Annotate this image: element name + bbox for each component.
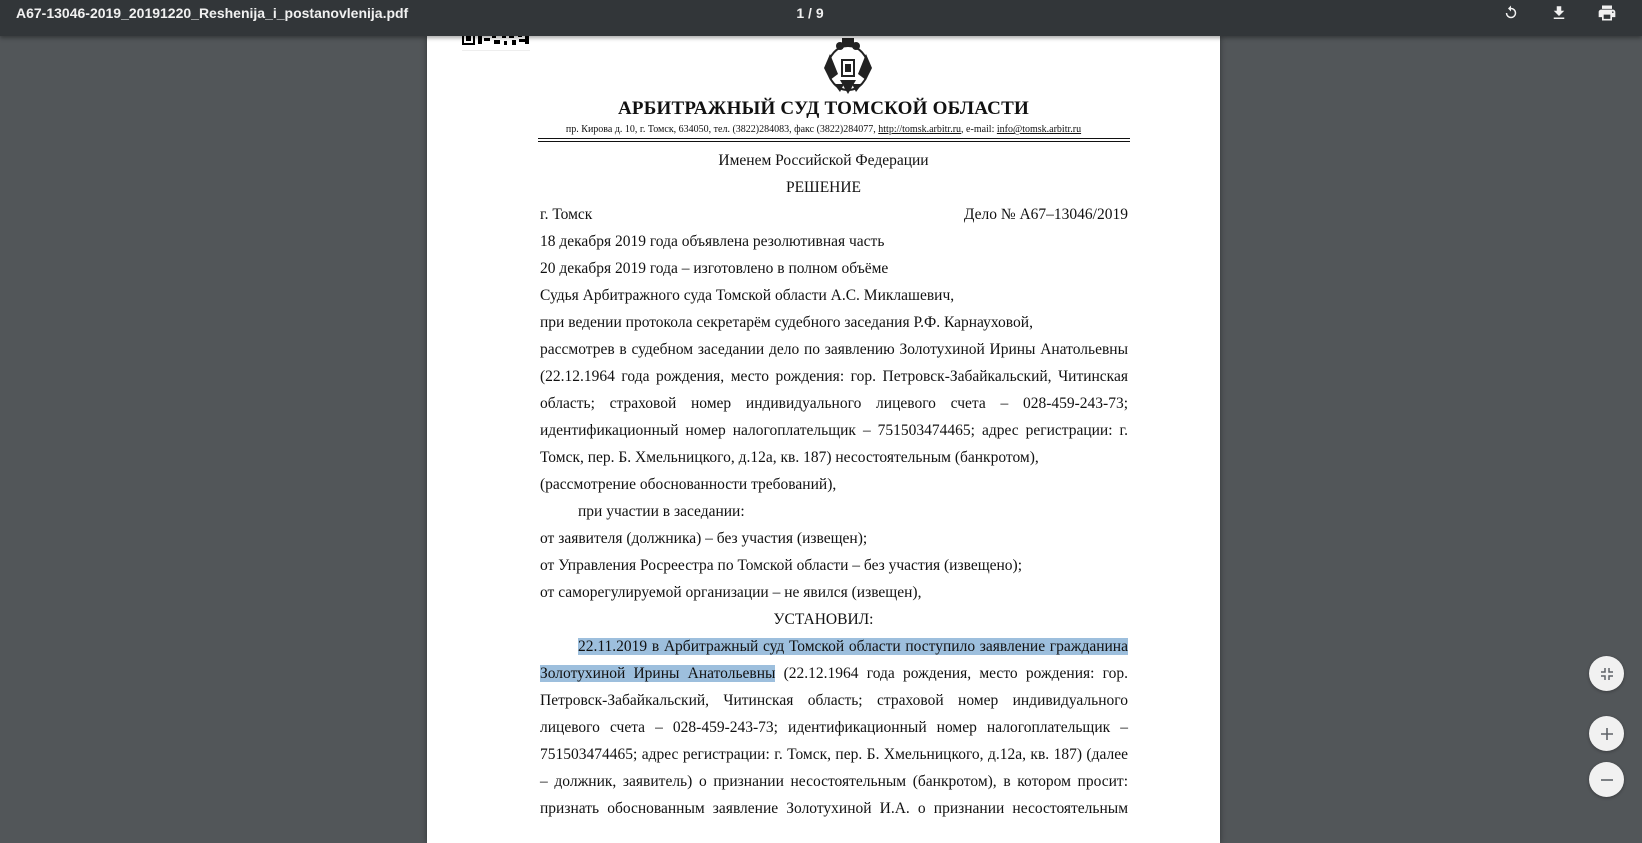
minus-icon [1599,772,1615,788]
paragraph-line: – должник, заявитель) о признании несост… [540,772,1128,792]
city-case-row: г. Томск Дело № А67–13046/2019 [540,205,1128,225]
download-icon [1550,4,1568,22]
selected-text[interactable]: 22.11.2019 [578,638,647,655]
qr-code [462,36,530,51]
text-line: (22.12.1964 года рождения, место рождени… [540,367,1128,387]
email-link[interactable]: info@tomsk.arbitr.ru [997,124,1081,135]
download-button[interactable] [1547,2,1571,24]
paragraph-line: 22.11.2019 в Арбитражный суд Томской обл… [540,637,1128,657]
text-line: Томск, пер. Б. Хмельницкого, д.12а, кв. … [540,448,1128,468]
zoom-out-button[interactable] [1589,762,1624,797]
text-line: от заявителя (должника) – без участия (и… [540,529,1128,549]
email-label: , e-mail: [961,124,997,135]
zoom-in-button[interactable] [1589,716,1624,751]
fit-page-icon [1599,666,1615,682]
fit-to-page-button[interactable] [1589,656,1624,691]
pdf-page[interactable]: АРБИТРАЖНЫЙ СУД ТОМСКОЙ ОБЛАСТИ пр. Киро… [427,36,1220,843]
coat-of-arms-emblem [820,36,876,96]
document-title: A67-13046-2019_20191220_Reshenija_i_post… [16,0,408,26]
website-link[interactable]: http://tomsk.arbitr.ru [878,124,961,135]
rotate-icon [1502,4,1520,22]
text-line: при участии в заседании: [540,502,1128,522]
text-line: идентификационный номер налогоплательщик… [540,421,1128,441]
section-heading-established: УСТАНОВИЛ: [427,610,1220,630]
plus-icon [1599,726,1615,742]
selected-text[interactable]: Золотухиной Ирины Анатольевны [540,665,775,682]
text-line: (рассмотрение обоснованности требований)… [540,475,1128,495]
text-line: при ведении протокола секретарём судебно… [540,313,1128,333]
selected-text[interactable]: в Арбитражный суд Томской области поступ… [647,638,1128,655]
rotate-button[interactable] [1499,2,1523,24]
text-line: область; страховой номер индивидуального… [540,394,1128,414]
heading-decision: РЕШЕНИЕ [427,178,1220,198]
heading-name-of-federation: Именем Российской Федерации [427,151,1220,171]
address-text: пр. Кирова д. 10, г. Томск, 634050, тел.… [566,124,878,135]
text-line: от саморегулируемой организации – не яви… [540,583,1128,603]
print-button[interactable] [1595,2,1619,24]
text-line: 18 декабря 2019 года объявлена резолютив… [540,232,1128,252]
court-address: пр. Кирова д. 10, г. Томск, 634050, тел.… [427,124,1220,135]
text-line: Судья Арбитражного суда Томской области … [540,286,1128,306]
case-number: Дело № А67–13046/2019 [964,205,1128,225]
paragraph-line: 751503474465; адрес регистрации: г. Томс… [540,745,1128,765]
paragraph-line: Петровск-Забайкальский, Читинская област… [540,691,1128,711]
paragraph-line: Золотухиной Ирины Анатольевны (22.12.196… [540,664,1128,684]
court-name: АРБИТРАЖНЫЙ СУД ТОМСКОЙ ОБЛАСТИ [427,98,1220,120]
text-line: рассмотрев в судебном заседании дело по … [540,340,1128,360]
city: г. Томск [540,206,592,223]
header-divider [538,138,1130,139]
pdf-toolbar: A67-13046-2019_20191220_Reshenija_i_post… [0,0,1642,36]
text-line: от Управления Росреестра по Томской обла… [540,556,1128,576]
paragraph-text: (22.12.1964 года рождения, место рождени… [775,665,1128,682]
paragraph-line: признать обоснованным заявление Золотухи… [540,799,1128,819]
page-indicator[interactable]: 1 / 9 [796,0,823,26]
text-line: 20 декабря 2019 года – изготовлено в пол… [540,259,1128,279]
print-icon [1597,3,1617,23]
paragraph-line: лицевого счета – 028-459-243-73; идентиф… [540,718,1128,738]
header-divider-thin [538,141,1130,142]
